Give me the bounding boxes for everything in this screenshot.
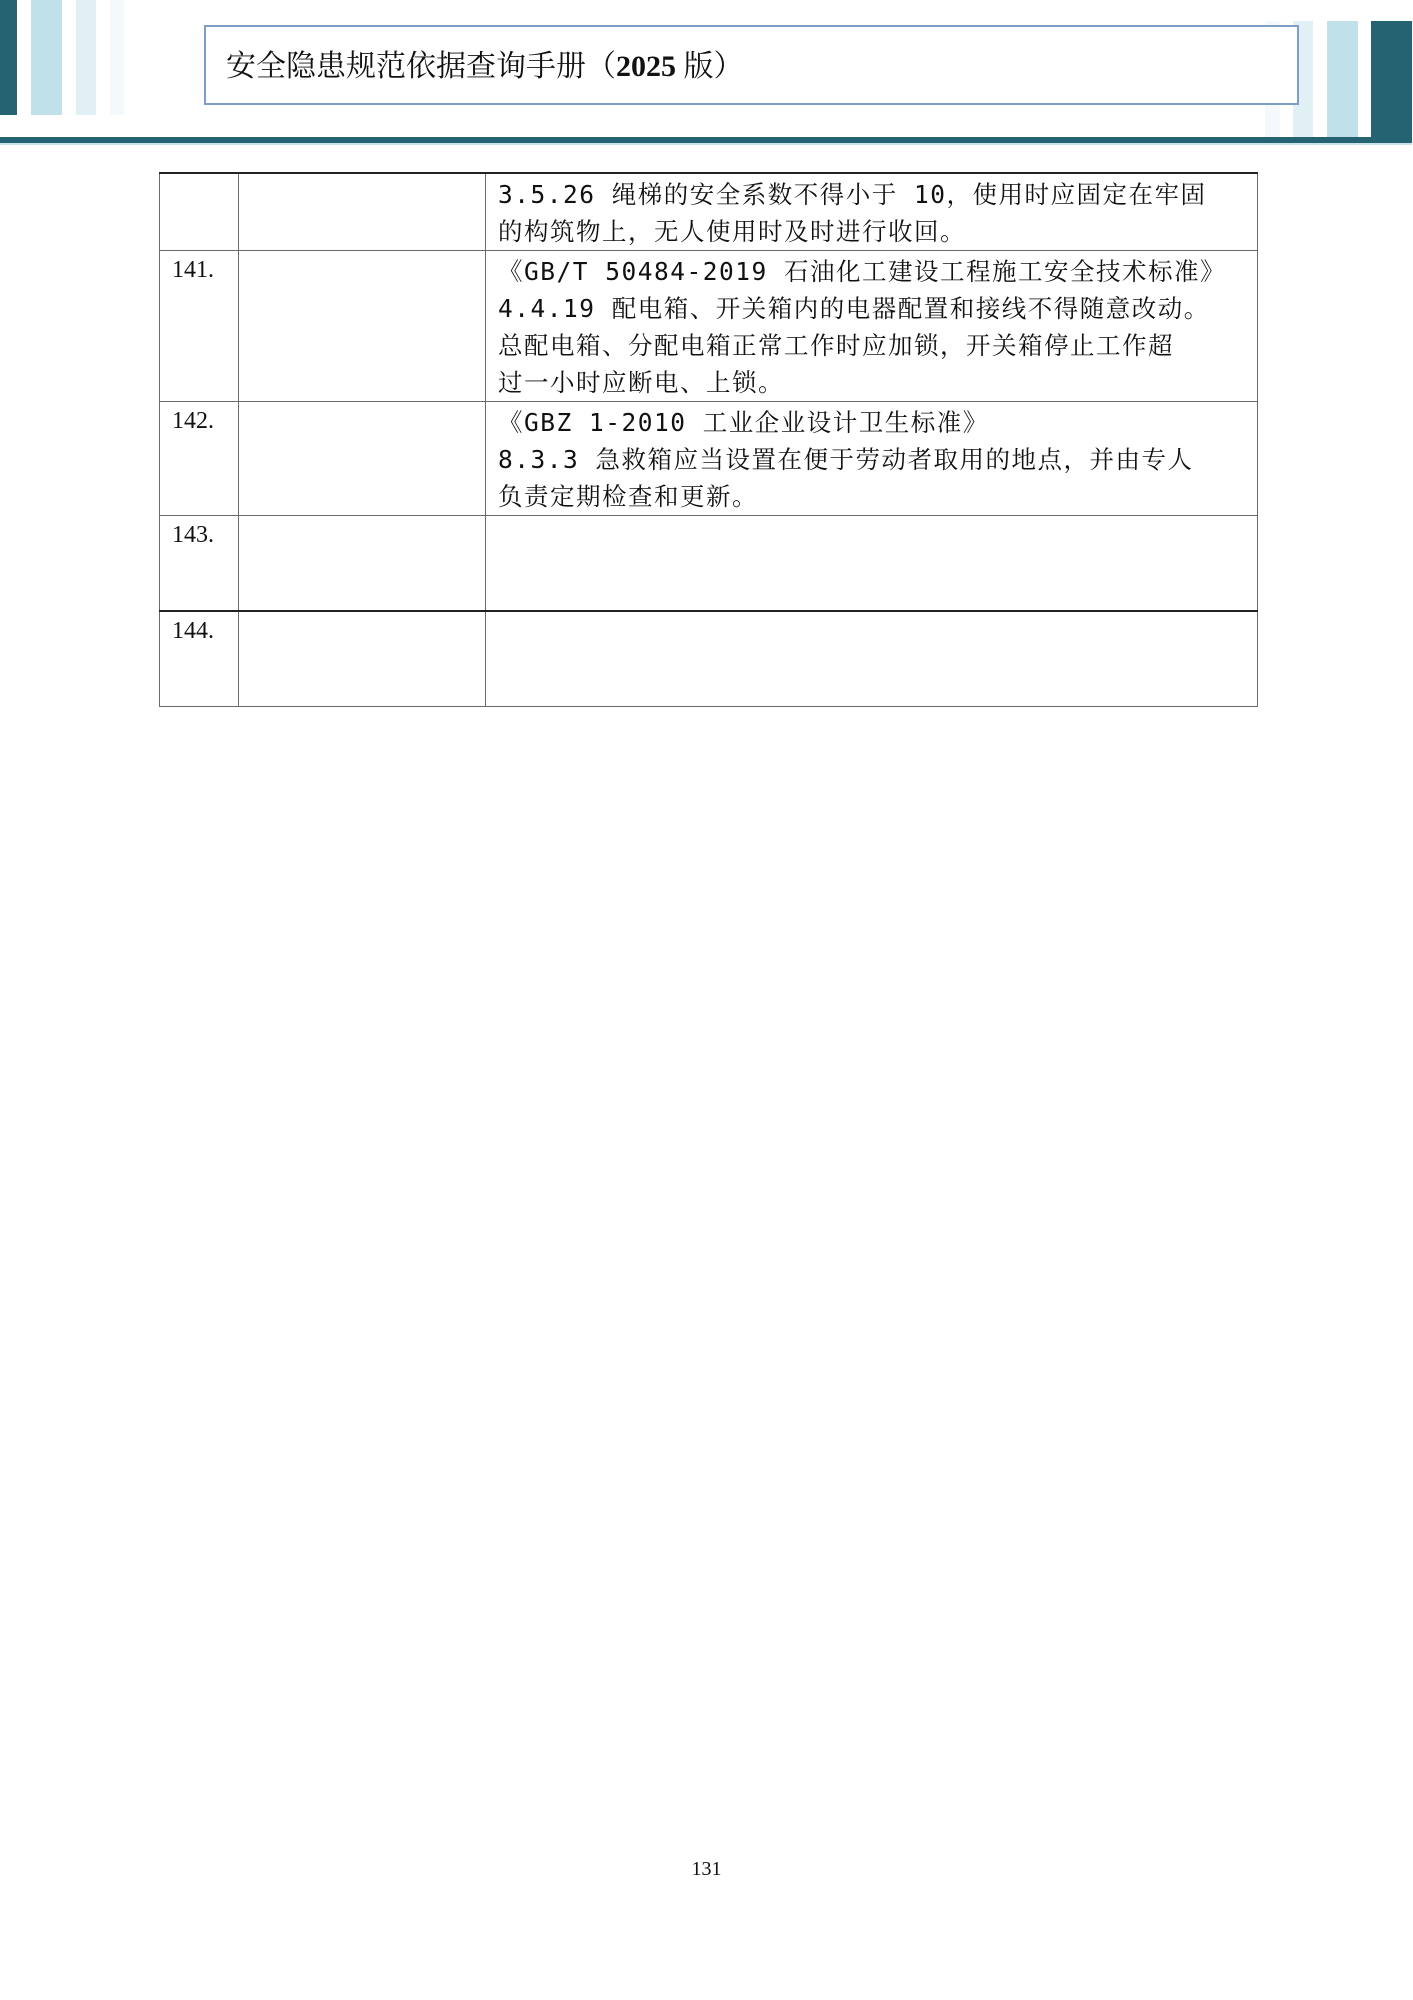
content-line: 《GB/T 50484-2019 石油化工建设工程施工安全技术标准》 (498, 253, 1247, 290)
title-main: 安全隐患规范依据查询手册（ (226, 50, 616, 83)
header-bar-dark-right (1371, 21, 1412, 137)
row-category (239, 251, 486, 402)
content-line: 《GBZ 1-2010 工业企业设计卫生标准》 (498, 404, 1247, 441)
row-number: 142. (160, 402, 239, 516)
table-row: 141. 《GB/T 50484-2019 石油化工建设工程施工安全技术标准》 … (160, 251, 1258, 402)
title-year: 2025 (616, 50, 676, 83)
header-title-box: 安全隐患规范依据查询手册（2025 版） (204, 25, 1299, 105)
page-number: 131 (0, 1858, 1413, 1881)
row-number: 143. (160, 516, 239, 611)
header-bar-light-right-1 (1327, 21, 1358, 137)
row-content (486, 611, 1258, 707)
row-content: 《GBZ 1-2010 工业企业设计卫生标准》 8.3.3 急救箱应当设置在便于… (486, 402, 1258, 516)
row-category (239, 611, 486, 707)
content-line: 负责定期检查和更新。 (498, 478, 1247, 515)
header-rule-highlight (0, 143, 1412, 145)
row-content: 3.5.26 绳梯的安全系数不得小于 10，使用时应固定在牢固 的构筑物上，无人… (486, 173, 1258, 251)
row-content: 《GB/T 50484-2019 石油化工建设工程施工安全技术标准》 4.4.1… (486, 251, 1258, 402)
table-row: 143. (160, 516, 1258, 611)
table-row: 144. (160, 611, 1258, 707)
content-line: 总配电箱、分配电箱正常工作时应加锁，开关箱停止工作超 (498, 327, 1247, 364)
row-category (239, 402, 486, 516)
title-suffix: 版） (676, 50, 744, 83)
row-category (239, 516, 486, 611)
table-row: 3.5.26 绳梯的安全系数不得小于 10，使用时应固定在牢固 的构筑物上，无人… (160, 173, 1258, 251)
table-row: 142. 《GBZ 1-2010 工业企业设计卫生标准》 8.3.3 急救箱应当… (160, 402, 1258, 516)
row-number (160, 173, 239, 251)
row-content (486, 516, 1258, 611)
page-title: 安全隐患规范依据查询手册（2025 版） (226, 41, 744, 85)
regulation-table: 3.5.26 绳梯的安全系数不得小于 10，使用时应固定在牢固 的构筑物上，无人… (159, 172, 1258, 707)
content-line: 8.3.3 急救箱应当设置在便于劳动者取用的地点，并由专人 (498, 441, 1247, 478)
header-bar-light-left-1 (31, 0, 62, 115)
content-line: 过一小时应断电、上锁。 (498, 364, 1247, 401)
content-line: 4.4.19 配电箱、开关箱内的电器配置和接线不得随意改动。 (498, 290, 1247, 327)
header-bar-dark-left (0, 0, 17, 115)
row-number: 141. (160, 251, 239, 402)
header-bar-light-left-3 (110, 0, 124, 115)
header-bar-light-left-2 (76, 0, 96, 115)
content-line: 的构筑物上，无人使用时及时进行收回。 (498, 213, 1247, 250)
row-category (239, 173, 486, 251)
content-line: 3.5.26 绳梯的安全系数不得小于 10，使用时应固定在牢固 (498, 176, 1247, 213)
row-number: 144. (160, 611, 239, 707)
